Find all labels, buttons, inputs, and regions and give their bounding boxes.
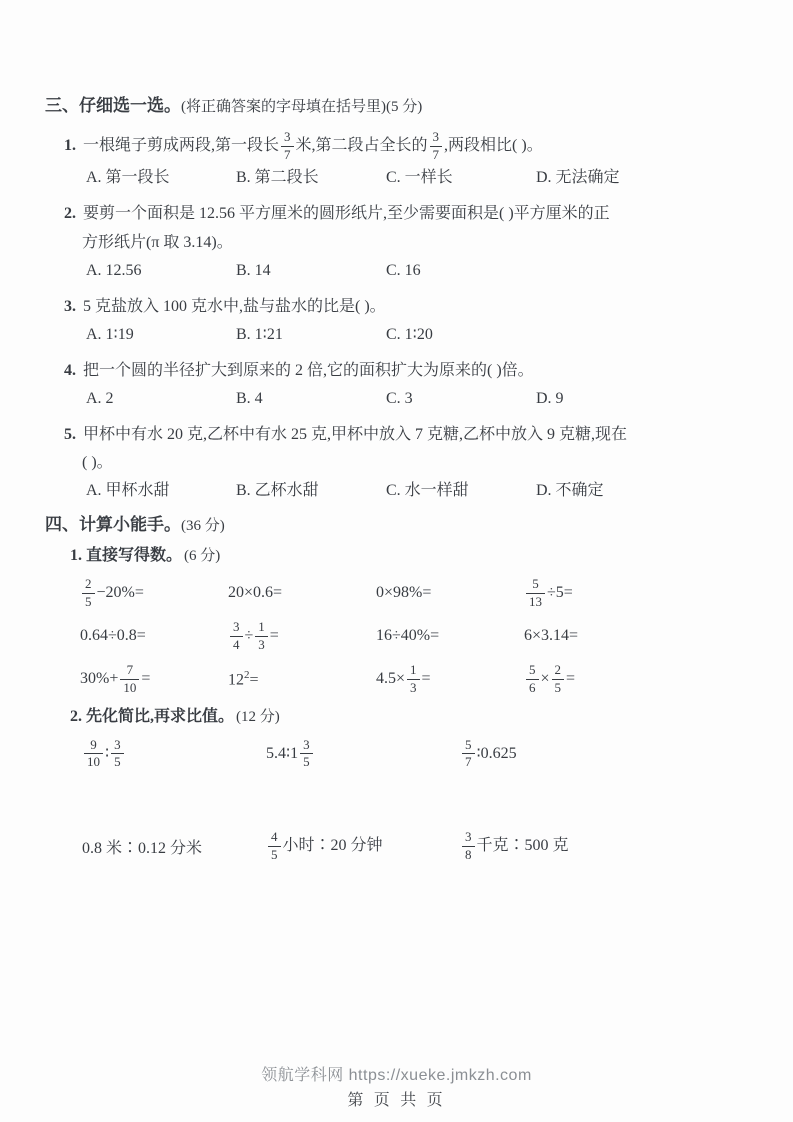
fraction: 37 xyxy=(281,130,294,163)
equation-row: 0.64÷0.8= 34÷13= 16÷40%= 6×3.14= xyxy=(42,620,755,653)
section-three-heading: 三、仔细选一选。(将正确答案的字母填在括号里)(5 分) xyxy=(42,95,755,118)
fraction: 57 xyxy=(462,738,475,771)
option-c: C. 3 xyxy=(386,388,536,410)
option-c: C. 1∶20 xyxy=(386,324,433,346)
equation-cell: 20×0.6= xyxy=(228,584,372,602)
question-4-options: A. 2 B. 4 C. 3 D. 9 xyxy=(42,388,755,410)
question-2-text-line2: 方形纸片(π 取 3.14)。 xyxy=(42,232,755,254)
question-1: 1.一根绳子剪成两段,第一段长37米,第二段占全长的37,两段相比( )。 xyxy=(42,130,755,163)
option-b: B. 4 xyxy=(236,388,386,410)
section-three-title: 三、仔细选一选。 xyxy=(45,96,181,115)
question-2-options: A. 12.56 B. 14 C. 16 xyxy=(42,260,755,282)
question-3-text: 5 克盐放入 100 克水中,盐与盐水的比是( )。 xyxy=(83,298,386,315)
equation-cell: 6×3.14= xyxy=(524,627,578,645)
fraction: 35 xyxy=(300,738,313,771)
ratio-cell: 0.8 米∶0.12 分米 xyxy=(82,835,262,858)
fraction: 25 xyxy=(552,663,565,696)
section-three-note: (将正确答案的字母填在括号里)(5 分) xyxy=(181,99,422,115)
ratio-row: 910∶35 5.4∶135 57∶0.625 xyxy=(42,738,755,771)
ratio-row: 0.8 米∶0.12 分米 45小时∶20 分钟 38千克∶500 克 xyxy=(42,830,755,863)
equation-row: 30%+710= 122= 4.5×13= 56×25= xyxy=(42,663,755,696)
option-b: B. 乙杯水甜 xyxy=(236,480,386,502)
option-c: C. 水一样甜 xyxy=(386,480,536,502)
question-5: 5.甲杯中有水 20 克,乙杯中有水 25 克,甲杯中放入 7 克糖,乙杯中放入… xyxy=(42,424,755,446)
question-5-text-line2: ( )。 xyxy=(42,452,755,474)
part2-label: 2. 先化简比,再求比值。 xyxy=(70,708,234,725)
question-4: 4.把一个圆的半径扩大到原来的 2 倍,它的面积扩大为原来的( )倍。 xyxy=(42,360,755,382)
question-1-text: 一根绳子剪成两段,第一段长37米,第二段占全长的37,两段相比( )。 xyxy=(83,137,543,154)
part1-label: 1. 直接写得数。 xyxy=(70,547,182,564)
equation-cell: 34÷13= xyxy=(228,620,372,653)
ratio-cell: 45小时∶20 分钟 xyxy=(266,830,456,863)
question-3-number: 3. xyxy=(64,298,76,315)
fraction: 13 xyxy=(407,663,420,696)
fraction: 56 xyxy=(526,663,539,696)
equation-cell: 30%+710= xyxy=(80,663,224,696)
equation-cell: 0.64÷0.8= xyxy=(80,627,224,645)
question-2-number: 2. xyxy=(64,205,76,222)
option-c: C. 16 xyxy=(386,260,421,282)
equation-cell: 0×98%= xyxy=(376,584,520,602)
fraction: 35 xyxy=(111,738,124,771)
section-four-title: 四、计算小能手。 xyxy=(45,515,181,534)
fraction: 513 xyxy=(526,577,545,610)
option-a: A. 1∶19 xyxy=(86,324,236,346)
option-d: D. 9 xyxy=(536,388,564,410)
ratio-cell: 38千克∶500 克 xyxy=(460,830,569,863)
part2-note: (12 分) xyxy=(236,709,280,725)
fraction: 37 xyxy=(430,130,443,163)
part2-heading: 2. 先化简比,再求比值。(12 分) xyxy=(42,706,755,728)
question-4-number: 4. xyxy=(64,362,76,379)
equation-cell: 16÷40%= xyxy=(376,627,520,645)
superscript: 2 xyxy=(244,669,250,681)
ratio-cell: 5.4∶135 xyxy=(266,738,456,771)
fraction: 25 xyxy=(82,577,95,610)
question-4-text: 把一个圆的半径扩大到原来的 2 倍,它的面积扩大为原来的( )倍。 xyxy=(83,362,534,379)
question-5-options: A. 甲杯水甜 B. 乙杯水甜 C. 水一样甜 D. 不确定 xyxy=(42,480,755,502)
option-d: D. 不确定 xyxy=(536,480,604,502)
fraction: 34 xyxy=(230,620,243,653)
fraction: 710 xyxy=(120,663,139,696)
question-1-options: A. 第一段长 B. 第二段长 C. 一样长 D. 无法确定 xyxy=(42,167,755,189)
fraction: 13 xyxy=(255,620,268,653)
option-c: C. 一样长 xyxy=(386,167,536,189)
exam-content: 三、仔细选一选。(将正确答案的字母填在括号里)(5 分) 1.一根绳子剪成两段,… xyxy=(0,0,793,863)
part1-note: (6 分) xyxy=(184,548,220,564)
option-d: D. 无法确定 xyxy=(536,167,620,189)
equation-row: 25−20%= 20×0.6= 0×98%= 513÷5= xyxy=(42,577,755,610)
question-2-text: 要剪一个面积是 12.56 平方厘米的圆形纸片,至少需要面积是( )平方厘米的正 xyxy=(83,205,610,222)
exam-page: 三、仔细选一选。(将正确答案的字母填在括号里)(5 分) 1.一根绳子剪成两段,… xyxy=(0,0,793,1122)
ratio-cell: 57∶0.625 xyxy=(460,738,517,771)
ratio-cell: 910∶35 xyxy=(82,738,262,771)
option-a: A. 第一段长 xyxy=(86,167,236,189)
question-3-options: A. 1∶19 B. 1∶21 C. 1∶20 xyxy=(42,324,755,346)
question-3: 3.5 克盐放入 100 克水中,盐与盐水的比是( )。 xyxy=(42,296,755,318)
fraction: 38 xyxy=(462,830,475,863)
equation-cell: 56×25= xyxy=(524,663,575,696)
part1-heading: 1. 直接写得数。(6 分) xyxy=(42,545,755,567)
equation-cell: 4.5×13= xyxy=(376,663,520,696)
fraction: 910 xyxy=(84,738,103,771)
option-b: B. 第二段长 xyxy=(236,167,386,189)
footer-site-watermark: 领航学科网 https://xueke.jmkzh.com xyxy=(0,1062,793,1085)
option-a: A. 2 xyxy=(86,388,236,410)
question-1-number: 1. xyxy=(64,137,76,154)
equation-cell: 25−20%= xyxy=(80,577,224,610)
footer-page-indicator: 第 页 共 页 xyxy=(0,1087,793,1110)
section-four-note: (36 分) xyxy=(181,518,225,534)
equation-cell: 513÷5= xyxy=(524,577,573,610)
option-b: B. 1∶21 xyxy=(236,324,386,346)
option-a: A. 甲杯水甜 xyxy=(86,480,236,502)
question-2: 2.要剪一个面积是 12.56 平方厘米的圆形纸片,至少需要面积是( )平方厘米… xyxy=(42,203,755,225)
section-four-heading: 四、计算小能手。(36 分) xyxy=(42,514,755,537)
fraction: 45 xyxy=(268,830,281,863)
equation-cell: 122= xyxy=(228,669,372,689)
question-5-text: 甲杯中有水 20 克,乙杯中有水 25 克,甲杯中放入 7 克糖,乙杯中放入 9… xyxy=(83,426,627,443)
option-b: B. 14 xyxy=(236,260,386,282)
question-5-number: 5. xyxy=(64,426,76,443)
option-a: A. 12.56 xyxy=(86,260,236,282)
